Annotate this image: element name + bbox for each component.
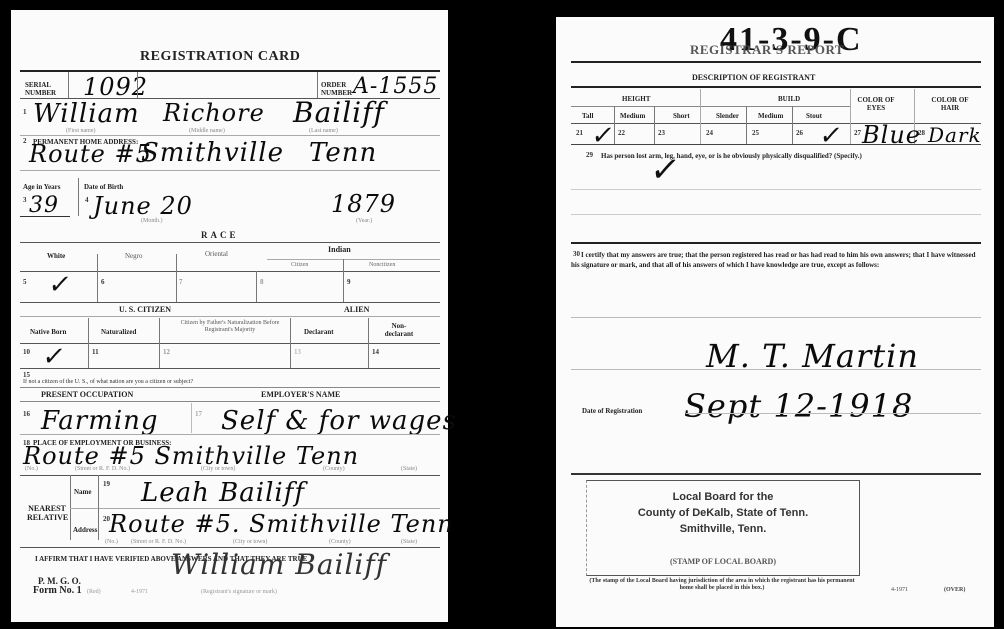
caption: (No.) xyxy=(105,539,118,546)
divider xyxy=(850,89,851,144)
field-number: 4 xyxy=(85,196,89,204)
card-title: REGISTRAR'S REPORT xyxy=(690,42,844,58)
divider xyxy=(654,106,655,144)
middle-name-value: Richore xyxy=(163,99,265,127)
certify-statement: I certify that my answers are true; that… xyxy=(571,250,976,270)
field-number: 9 xyxy=(347,278,351,286)
address-street-value: Route #5 xyxy=(29,140,152,168)
field-number: 13 xyxy=(294,348,301,356)
field-number: 24 xyxy=(706,129,713,137)
hair-color-header: COLOR OF HAIR xyxy=(930,96,970,112)
build-column-medium: Medium xyxy=(758,112,783,120)
divider xyxy=(571,473,981,475)
caption: (State) xyxy=(401,466,417,473)
caption: (County) xyxy=(323,466,345,473)
divider xyxy=(97,254,98,302)
serial-number-label: SERIAL NUMBER xyxy=(25,81,65,97)
divider xyxy=(290,318,291,368)
stamp-line: County of DeKalb, State of Tenn. xyxy=(587,507,859,519)
divider xyxy=(20,135,440,136)
address-city-value: Smithville xyxy=(141,138,284,168)
field-number: 5 xyxy=(23,278,27,286)
registration-date-value: Sept 12-1918 xyxy=(684,387,913,425)
divider xyxy=(571,317,981,318)
race-column-negro: Negro xyxy=(125,252,143,260)
field-number: 3 xyxy=(23,196,27,204)
alien-column-non-declarant: Non-declarant xyxy=(379,322,419,338)
race-column-oriental: Oriental xyxy=(205,250,228,258)
divider xyxy=(571,189,981,190)
stamp-note: (The stamp of the Local Board having jur… xyxy=(582,578,862,592)
registration-card: REGISTRATION CARD SERIAL NUMBER 1092 ORD… xyxy=(11,10,448,622)
divider xyxy=(256,271,257,302)
occupation-value: Farming xyxy=(41,406,159,436)
divider xyxy=(267,259,440,260)
divider xyxy=(20,475,440,476)
field-number: 27 xyxy=(854,129,861,137)
divider xyxy=(571,106,851,107)
divider xyxy=(343,259,344,302)
caption: (State) xyxy=(401,539,417,546)
age-label: Age in Years xyxy=(23,183,60,191)
field-number: 19 xyxy=(103,480,110,488)
indian-citizen-label: Citizen xyxy=(291,262,308,269)
relative-name-value: Leah Bailiff xyxy=(141,478,305,508)
field-number: 15 xyxy=(23,371,30,379)
serial-number-value: 1092 xyxy=(83,73,148,101)
field-number: 8 xyxy=(260,278,264,286)
divider xyxy=(20,242,440,243)
divider xyxy=(571,144,981,145)
age-value: 39 xyxy=(29,193,59,218)
build-header: BUILD xyxy=(778,95,800,103)
divider xyxy=(20,216,70,217)
race-column-indian: Indian xyxy=(328,246,351,254)
divider xyxy=(571,369,981,370)
card-title: REGISTRATION CARD xyxy=(140,49,300,65)
checkmark-icon: ✓ xyxy=(47,272,73,298)
race-column-white: White xyxy=(47,252,65,260)
divider xyxy=(20,401,440,402)
divider xyxy=(70,508,440,509)
field-number: 22 xyxy=(618,129,625,137)
divider xyxy=(137,72,138,98)
first-name-value: William xyxy=(33,99,140,129)
checkmark-icon: ✓ xyxy=(590,123,616,149)
divider xyxy=(792,106,793,144)
divider xyxy=(571,86,981,88)
height-header: HEIGHT xyxy=(622,95,650,103)
divider xyxy=(78,178,79,216)
build-column-stout: Stout xyxy=(806,112,822,120)
relative-address-label: Address xyxy=(73,526,97,534)
caption: (Street or R. F. D. No.) xyxy=(75,466,130,473)
divider xyxy=(68,72,69,98)
alien-header: ALIEN xyxy=(344,306,369,314)
divider xyxy=(88,318,89,368)
divider xyxy=(20,368,440,369)
form-line-1: P. M. G. O. xyxy=(38,577,81,585)
divider xyxy=(159,318,160,368)
height-column-tall: Tall xyxy=(582,112,593,120)
eye-color-header: COLOR OF EYES xyxy=(856,96,896,112)
form-footer-code: 4-1971 xyxy=(131,589,148,596)
last-name-value: Bailiff xyxy=(293,96,385,129)
field-number: 1 xyxy=(23,108,27,116)
divider xyxy=(571,242,981,244)
field-number: 17 xyxy=(195,410,202,418)
divider xyxy=(20,316,440,317)
caption: (Street or R. F. D. No.) xyxy=(131,539,186,546)
year-caption: (Year.) xyxy=(356,218,372,225)
relative-name-label: Name xyxy=(74,488,92,496)
divider xyxy=(176,254,177,302)
citizen-column-native-born: Native Born xyxy=(30,328,66,336)
footer-over: (OVER) xyxy=(944,587,965,594)
field-15-question: If not a citizen of the U. S., of what n… xyxy=(23,379,193,386)
field-number: 6 xyxy=(101,278,105,286)
indian-noncitizen-label: Noncitizen xyxy=(369,262,395,269)
last-name-caption: (Last name) xyxy=(309,128,338,135)
field-number: 21 xyxy=(576,129,583,137)
build-column-slender: Slender xyxy=(716,112,739,120)
height-column-short: Short xyxy=(673,112,690,120)
caption: (City or town) xyxy=(233,539,267,546)
checkmark-icon: ✓ xyxy=(649,157,682,183)
divider xyxy=(368,318,369,368)
employment-place-value: Route #5 Smithville Tenn xyxy=(23,442,359,470)
divider xyxy=(98,475,99,540)
form-line-2: Form No. 1 xyxy=(33,587,82,595)
occupation-header: PRESENT OCCUPATION xyxy=(41,391,133,399)
address-state-value: Tenn xyxy=(309,138,377,168)
field-number: 2 xyxy=(23,137,27,145)
nearest-relative-label: NEAREST RELATIVE xyxy=(27,504,67,522)
footer-code: 4-1971 xyxy=(891,587,908,594)
divider xyxy=(20,170,440,171)
divider xyxy=(571,61,981,63)
dob-month-day-value: June 20 xyxy=(93,192,193,220)
us-citizen-header: U. S. CITIZEN xyxy=(119,306,171,314)
field-number: 7 xyxy=(179,278,183,286)
checkmark-icon: ✓ xyxy=(818,123,844,149)
description-header: DESCRIPTION OF REGISTRANT xyxy=(692,74,815,82)
stamp-line: Local Board for the xyxy=(587,491,859,503)
registrars-report-card: 41-3-9-C REGISTRAR'S REPORT DESCRIPTION … xyxy=(556,17,994,627)
divider xyxy=(20,271,440,272)
field-number: 23 xyxy=(658,129,665,137)
field-number: 16 xyxy=(23,410,30,418)
registrant-signature: William Bailiff xyxy=(171,548,387,581)
stamp-caption: (STAMP OF LOCAL BOARD) xyxy=(587,557,859,566)
field-number: 10 xyxy=(23,348,30,356)
height-column-medium: Medium xyxy=(620,112,645,120)
stamp-line: Smithville, Tenn. xyxy=(587,523,859,535)
citizen-column-father-naturalized: Citizen by Father's Naturalization Befor… xyxy=(171,320,289,334)
caption: (No.) xyxy=(25,466,38,473)
employer-value: Self & for wages xyxy=(221,406,457,436)
first-name-caption: (First name) xyxy=(66,128,96,135)
field-number: 14 xyxy=(372,348,379,356)
field-number: 30 xyxy=(573,250,580,258)
field-29-question: Has person lost arm, leg, hand, eye, or … xyxy=(571,151,976,161)
local-board-stamp: Local Board for the County of DeKalb, St… xyxy=(586,480,860,576)
divider xyxy=(700,89,701,144)
registration-date-label: Date of Registration xyxy=(582,407,642,415)
checkmark-icon: ✓ xyxy=(41,344,67,370)
divider xyxy=(20,387,440,388)
field-number: 25 xyxy=(752,129,759,137)
caption: (City or town) xyxy=(201,466,235,473)
middle-name-caption: (Middle name) xyxy=(189,128,225,135)
divider xyxy=(317,72,318,98)
employer-header: EMPLOYER'S NAME xyxy=(261,391,340,399)
divider xyxy=(20,434,440,435)
race-header: RACE xyxy=(201,231,239,239)
form-footer-note: (Registrant's signature or mark) xyxy=(201,589,277,596)
divider xyxy=(571,214,981,215)
dob-label: Date of Birth xyxy=(84,183,123,191)
divider xyxy=(191,403,192,433)
field-number: 26 xyxy=(796,129,803,137)
divider xyxy=(20,343,440,344)
divider xyxy=(20,302,440,303)
citizen-column-naturalized: Naturalized xyxy=(101,328,136,336)
alien-column-declarant: Declarant xyxy=(304,328,334,336)
field-number: 11 xyxy=(92,348,99,356)
caption: (County) xyxy=(329,539,351,546)
form-line-2-suffix: (Red) xyxy=(87,589,101,596)
divider xyxy=(20,70,440,72)
divider xyxy=(686,413,981,414)
relative-address-value: Route #5. Smithville Tenn xyxy=(109,510,454,538)
dob-year-value: 1879 xyxy=(331,190,396,218)
divider xyxy=(746,106,747,144)
field-number: 12 xyxy=(163,348,170,356)
month-caption: (Month.) xyxy=(141,218,163,225)
